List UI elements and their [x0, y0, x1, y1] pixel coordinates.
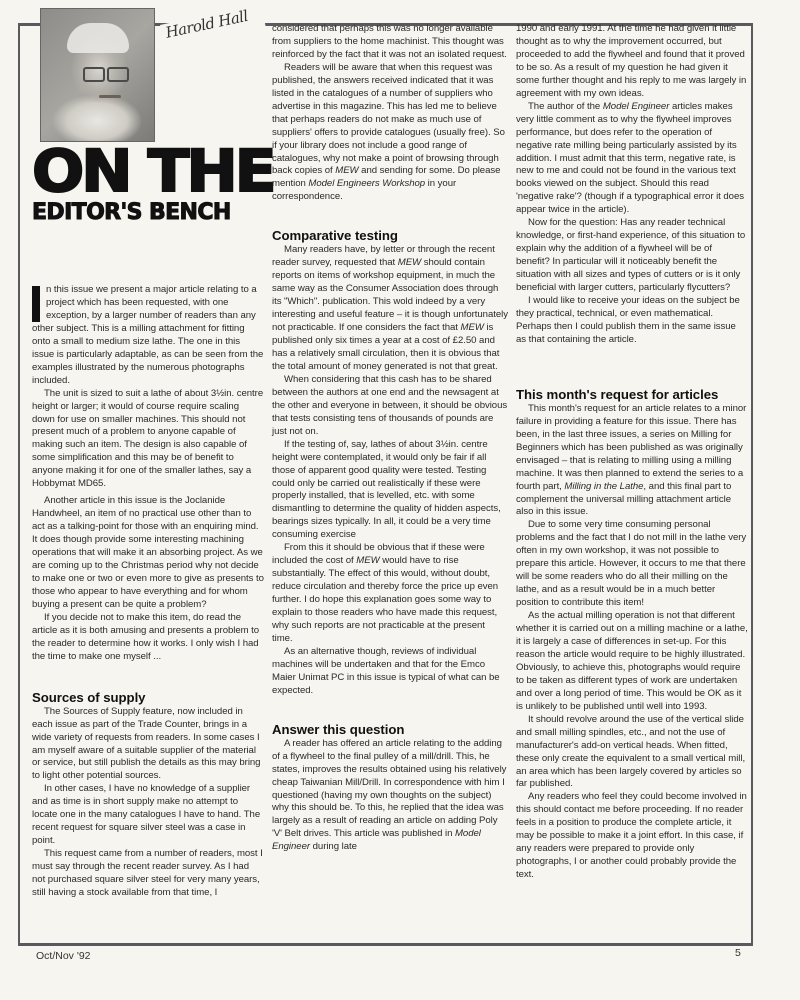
sources-paragraph-3: This request came from a number of reade… [32, 848, 264, 900]
question-paragraph-4: I would like to receive your ideas on th… [516, 295, 748, 347]
sources-paragraph-1: The Sources of Supply feature, now inclu… [32, 706, 264, 784]
page-number: 5 [735, 947, 741, 959]
testing-paragraph-1: Many readers have, by letter or through … [272, 244, 508, 374]
question-paragraph-1: A reader has offered an article relating… [272, 738, 508, 855]
sources-paragraph-2: In other cases, I have no knowledge of a… [32, 783, 264, 848]
photo-glasses-left [83, 67, 105, 82]
question-paragraph-3: Now for the question: Has any reader tec… [516, 217, 748, 295]
section-heading-sources: Sources of supply [32, 690, 264, 706]
question-paragraph-2: The author of the Model Engineer article… [516, 101, 748, 218]
sources-paragraph-4: Readers will be aware that when this req… [272, 62, 508, 204]
column-3: 1990 and early 1991. At the time he had … [516, 23, 748, 882]
photo-mouth [99, 95, 121, 98]
request-paragraph-1: This month's request for an article rela… [516, 403, 748, 520]
author-photo [40, 8, 155, 142]
section-heading-request: This month's request for articles [516, 387, 748, 403]
request-paragraph-2: Due to some very time consuming personal… [516, 519, 748, 610]
intro-paragraph-3: Another article in this issue is the Joc… [32, 495, 264, 612]
request-paragraph-5: Any readers who feel they could become i… [516, 791, 748, 882]
section-heading-question: Answer this question [272, 722, 508, 738]
drop-cap [32, 286, 40, 322]
request-paragraph-4: It should revolve around the use of the … [516, 714, 748, 792]
photo-glasses-right [107, 67, 129, 82]
intro-paragraph-2: The unit is sized to suit a lathe of abo… [32, 388, 264, 492]
testing-paragraph-4: From this it should be obvious that if t… [272, 542, 508, 646]
title-line-2: EDITOR'S BENCH [32, 202, 262, 224]
intro-paragraph-4: If you decide not to make this item, do … [32, 612, 264, 664]
column-1: n this issue we present a major article … [32, 284, 264, 900]
page-title: ON THE EDITOR'S BENCH [32, 142, 262, 224]
testing-paragraph-5: As an alternative though, reviews of ind… [272, 646, 508, 698]
title-line-1: ON THE [32, 142, 276, 200]
testing-paragraph-3: If the testing of, say, lathes of about … [272, 439, 508, 543]
photo-hair [67, 23, 129, 53]
intro-paragraph-1: n this issue we present a major article … [32, 284, 264, 388]
column-2: considered that perhaps this was no long… [272, 23, 508, 854]
question-paragraph-1-continued: 1990 and early 1991. At the time he had … [516, 23, 748, 101]
issue-date: Oct/Nov '92 [36, 950, 91, 962]
testing-paragraph-2: When considering that this cash has to b… [272, 374, 508, 439]
sources-paragraph-3-continued: considered that perhaps this was no long… [272, 23, 508, 62]
request-paragraph-3: As the actual milling operation is not t… [516, 610, 748, 714]
section-heading-testing: Comparative testing [272, 228, 508, 244]
